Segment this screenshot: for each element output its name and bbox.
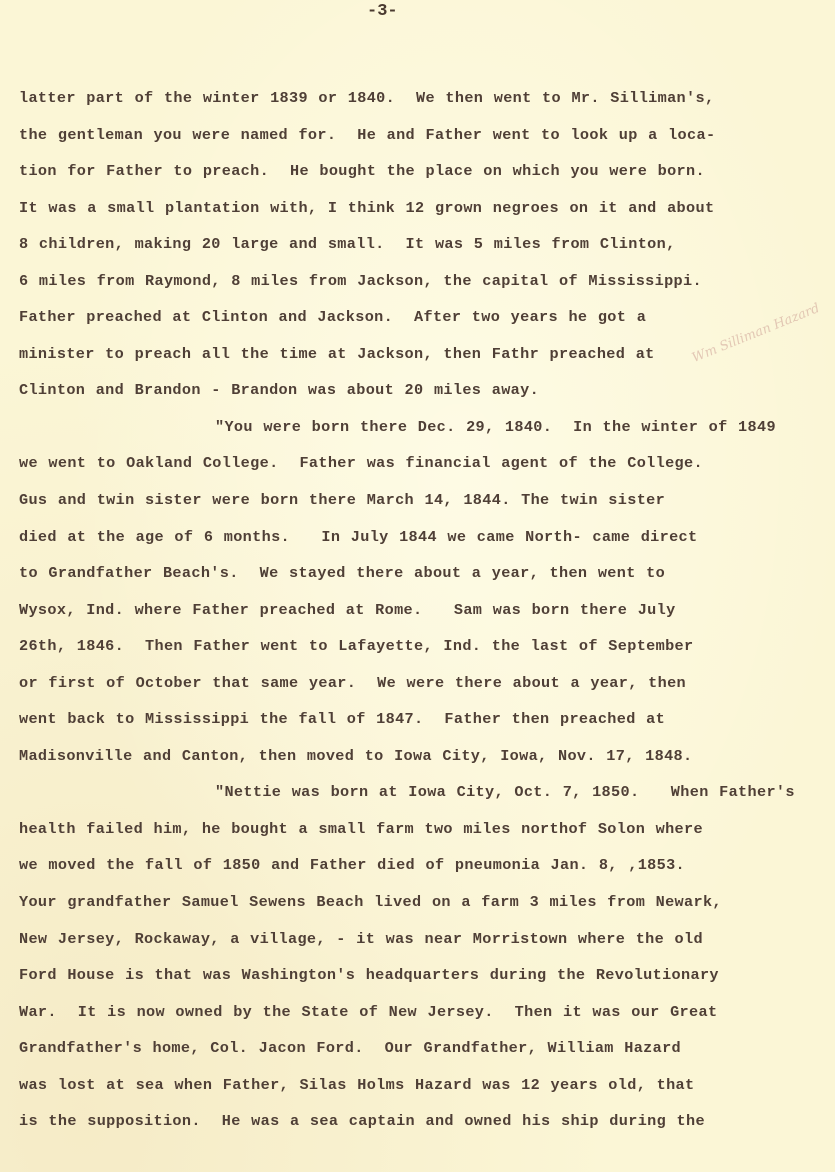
typewritten-body: latter part of the winter 1839 or 1840. … (19, 80, 835, 1140)
text-line: is the supposition. He was a sea captain… (19, 1103, 835, 1140)
text-line: or first of October that same year. We w… (19, 665, 835, 702)
text-line: 8 children, making 20 large and small. I… (19, 226, 835, 263)
text-line: Grandfather's home, Col. Jacon Ford. Our… (19, 1030, 835, 1067)
text-line: to Grandfather Beach's. We stayed there … (19, 555, 835, 592)
text-line: 6 miles from Raymond, 8 miles from Jacks… (19, 263, 835, 300)
text-line: "You were born there Dec. 29, 1840. In t… (19, 409, 835, 446)
text-line: was lost at sea when Father, Silas Holms… (19, 1067, 835, 1104)
text-line: Father preached at Clinton and Jackson. … (19, 299, 835, 336)
text-line: Wysox, Ind. where Father preached at Rom… (19, 592, 835, 629)
text-line: tion for Father to preach. He bought the… (19, 153, 835, 190)
text-line: Ford House is that was Washington's head… (19, 957, 835, 994)
text-line: went back to Mississippi the fall of 184… (19, 701, 835, 738)
text-line: Clinton and Brandon - Brandon was about … (19, 372, 835, 409)
text-line: we moved the fall of 1850 and Father die… (19, 847, 835, 884)
text-line: It was a small plantation with, I think … (19, 190, 835, 227)
text-line: 26th, 1846. Then Father went to Lafayett… (19, 628, 835, 665)
text-line: we went to Oakland College. Father was f… (19, 445, 835, 482)
text-line: Gus and twin sister were born there Marc… (19, 482, 835, 519)
text-line: War. It is now owned by the State of New… (19, 994, 835, 1031)
page-number: -3- (367, 2, 398, 21)
text-line: died at the age of 6 months. In July 184… (19, 519, 835, 556)
text-line: "Nettie was born at Iowa City, Oct. 7, 1… (19, 774, 835, 811)
text-line: latter part of the winter 1839 or 1840. … (19, 80, 835, 117)
text-line: New Jersey, Rockaway, a village, - it wa… (19, 921, 835, 958)
text-line: Madisonville and Canton, then moved to I… (19, 738, 835, 775)
text-line: the gentleman you were named for. He and… (19, 117, 835, 154)
text-line: health failed him, he bought a small far… (19, 811, 835, 848)
text-line: Your grandfather Samuel Sewens Beach liv… (19, 884, 835, 921)
